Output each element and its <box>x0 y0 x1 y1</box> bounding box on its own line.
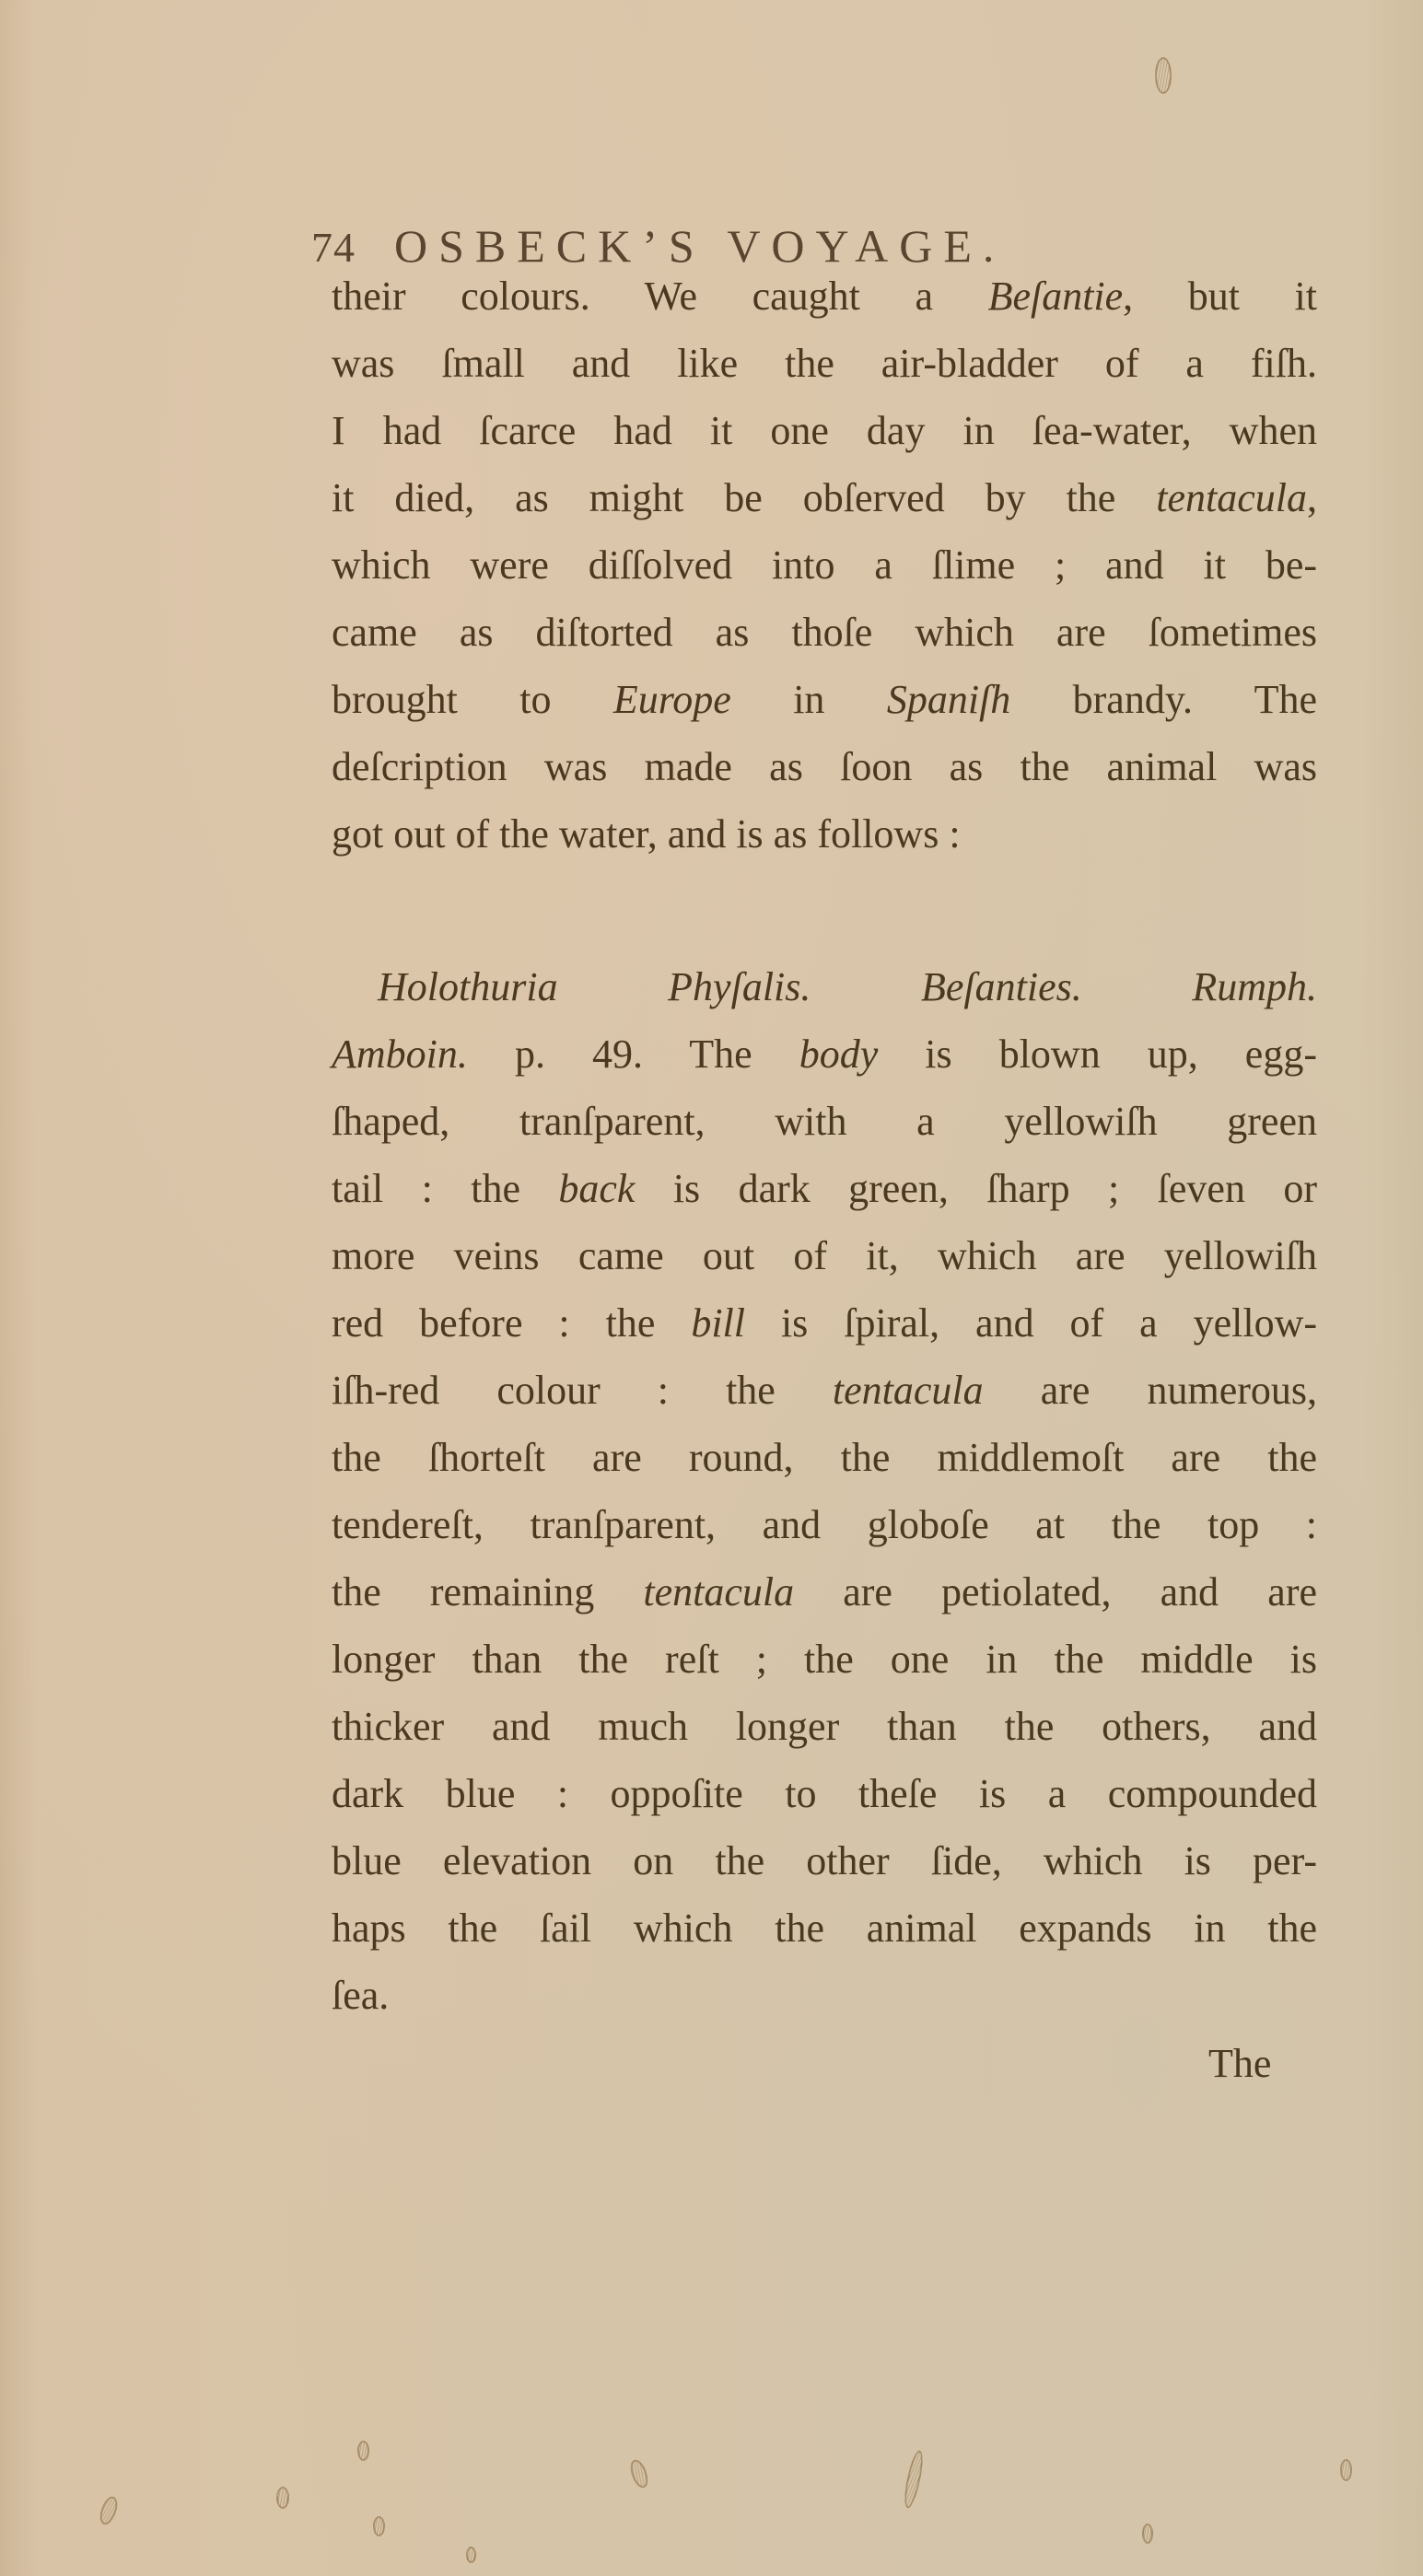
catchword: The <box>1208 2040 1271 2087</box>
paper-fleck <box>373 2516 385 2536</box>
text-run: p. 49. The <box>468 1032 799 1077</box>
text-run: was ſmall and like the air-bladder of a … <box>332 341 1317 386</box>
text-line: more veins came out of it, which are yel… <box>332 1222 1317 1289</box>
text-run: is blown up, egg- <box>878 1032 1317 1077</box>
text-run: it died, as might be obſerved by the <box>332 475 1156 520</box>
text-run: brought to <box>332 677 613 722</box>
paper-fleck <box>1142 2524 1153 2544</box>
text-run: came as diſtorted as thoſe which are ſom… <box>332 610 1317 655</box>
text-run: is dark green, ſharp ; ſeven or <box>635 1166 1317 1211</box>
book-page: 74 OSBECK’S VOYAGE. their colours. We ca… <box>0 0 1423 2576</box>
text-run: tail : the <box>332 1166 558 1211</box>
text-line: deſcription was made as ſoon as the anim… <box>332 733 1317 800</box>
text-line: it died, as might be obſerved by the ten… <box>332 464 1317 531</box>
text-line: ſea. <box>332 1962 1317 2029</box>
text-line: tail : the back is dark green, ſharp ; ſ… <box>332 1155 1317 1222</box>
text-line: Holothuria Phyſalis. Beſanties. Rumph. <box>332 953 1317 1020</box>
paragraph-gap <box>332 868 1317 953</box>
text-run: haps the ſail which the animal expands i… <box>332 1906 1317 1951</box>
text-line: brought to Europe in Spaniſh brandy. The <box>332 666 1317 733</box>
text-line: haps the ſail which the animal expands i… <box>332 1894 1317 1962</box>
text-line: ſhaped, tranſparent, with a yellowiſh gr… <box>332 1088 1317 1155</box>
italic-run: Europe <box>613 677 731 722</box>
text-line: the ſhorteſt are round, the middlemoſt a… <box>332 1424 1317 1491</box>
text-run: which were diſſolved into a ſlime ; and … <box>332 542 1317 588</box>
body-text: their colours. We caught a Beſantie, but… <box>332 262 1317 2029</box>
text-run: are numerous, <box>984 1368 1317 1413</box>
text-run: ſhaped, tranſparent, with a yellowiſh gr… <box>332 1099 1317 1144</box>
text-line: thicker and much longer than the others,… <box>332 1693 1317 1760</box>
paragraph-narrative: their colours. We caught a Beſantie, but… <box>332 262 1317 868</box>
text-line: longer than the reſt ; the one in the mi… <box>332 1626 1317 1693</box>
text-run: the ſhorteſt are round, the middlemoſt a… <box>332 1435 1317 1480</box>
text-run: blue elevation on the other ſide, which … <box>332 1838 1317 1883</box>
paragraph-species-description: Holothuria Phyſalis. Beſanties. Rumph.Am… <box>332 953 1317 2029</box>
text-line: their colours. We caught a Beſantie, but… <box>332 262 1317 330</box>
paper-fleck <box>97 2494 121 2527</box>
italic-run: Beſantie <box>988 274 1124 319</box>
paper-fleck <box>901 2449 926 2510</box>
text-line: the remaining tentacula are petiolated, … <box>332 1558 1317 1626</box>
text-run: their colours. We caught a <box>332 274 988 319</box>
text-run: thicker and much longer than the others,… <box>332 1704 1317 1749</box>
text-line: was ſmall and like the air-bladder of a … <box>332 330 1317 397</box>
text-run: the remaining <box>332 1569 643 1614</box>
italic-run: body <box>799 1032 879 1077</box>
text-line: dark blue : oppoſite to theſe is a compo… <box>332 1760 1317 1827</box>
text-line: got out of the water, and is as follows … <box>332 800 1317 868</box>
text-run: deſcription was made as ſoon as the anim… <box>332 744 1317 789</box>
italic-run: bill <box>691 1300 745 1346</box>
text-line: iſh-red colour : the tentacula are numer… <box>332 1357 1317 1424</box>
italic-run: tentacula <box>643 1569 794 1614</box>
text-run: more veins came out of it, which are yel… <box>332 1233 1317 1278</box>
text-run: , but it <box>1123 274 1317 319</box>
text-run: brandy. The <box>1010 677 1317 722</box>
text-line: came as diſtorted as thoſe which are ſom… <box>332 599 1317 666</box>
text-line: blue elevation on the other ſide, which … <box>332 1827 1317 1894</box>
text-run: in <box>731 677 887 722</box>
text-run: is ſpiral, and of a yellow- <box>745 1300 1317 1346</box>
italic-run: Amboin. <box>332 1032 468 1077</box>
italic-run: Holothuria Phyſalis. Beſanties. Rumph. <box>378 964 1317 1009</box>
italic-run: back <box>558 1166 635 1211</box>
text-line: red before : the bill is ſpiral, and of … <box>332 1289 1317 1357</box>
text-run: longer than the reſt ; the one in the mi… <box>332 1637 1317 1682</box>
text-run: dark blue : oppoſite to theſe is a compo… <box>332 1771 1317 1816</box>
text-line: tendereſt, tranſparent, and globoſe at t… <box>332 1491 1317 1558</box>
italic-run: Spaniſh <box>887 677 1010 722</box>
paper-fleck <box>1155 57 1172 94</box>
text-line: I had ſcarce had it one day in ſea-water… <box>332 397 1317 464</box>
text-run: red before : the <box>332 1300 691 1346</box>
paper-fleck <box>276 2487 289 2509</box>
text-line: Amboin. p. 49. The body is blown up, egg… <box>332 1020 1317 1088</box>
text-run: iſh-red colour : the <box>332 1368 833 1413</box>
text-run: tendereſt, tranſparent, and globoſe at t… <box>332 1502 1317 1547</box>
text-run: got out of the water, and is as follows … <box>332 811 961 857</box>
text-line: which were diſſolved into a ſlime ; and … <box>332 531 1317 599</box>
italic-run: tentacula <box>833 1368 984 1413</box>
paper-fleck <box>466 2547 476 2563</box>
text-run: , <box>1307 475 1317 520</box>
text-run: are petiolated, and are <box>794 1569 1317 1614</box>
text-run: I had ſcarce had it one day in ſea-water… <box>332 408 1317 453</box>
paper-fleck <box>1340 2459 1352 2481</box>
italic-run: tentacula <box>1156 475 1307 520</box>
paper-fleck <box>357 2441 369 2461</box>
text-run: ſea. <box>332 1973 389 2018</box>
paper-fleck <box>627 2457 651 2490</box>
